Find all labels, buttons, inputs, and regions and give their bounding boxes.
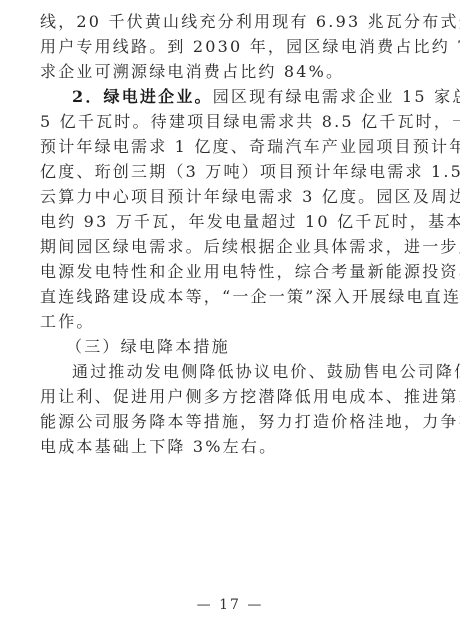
text-line: 预计年绿电需求 1 亿度、奇瑞汽车产业园项目预计年绿电需求 3 [40, 137, 420, 157]
text-line: 能源公司服务降本等措施，努力打造价格洼地，力争在现有用 [40, 412, 420, 432]
text-span: 园区现有绿电需求企业 15 家总绿电需求量 [213, 87, 460, 106]
text-line: 5 亿千瓦时。待建项目绿电需求共 8.5 亿千瓦时，一汽超级工厂 [40, 112, 420, 132]
page-number: — 17 — [0, 597, 460, 613]
text-line: 直连线路建设成本等，“一企一策”深入开展绿电直连方案论证 [40, 287, 420, 307]
text-line: 电成本基础上下降 3%左右。 [40, 437, 420, 457]
item-heading: 2．绿电进企业。 [72, 87, 213, 106]
text-line: 线，20 千伏黄山线充分利用现有 6.93 兆瓦分布式光伏构建绿电 [40, 12, 420, 32]
document-page: 线，20 千伏黄山线充分利用现有 6.93 兆瓦分布式光伏构建绿电 用户专用线路… [0, 0, 460, 632]
text-line: 亿度、珩创三期（3 万吨）项目预计年绿电需求 1.5 亿度、阿里 [40, 162, 420, 182]
text-line: 用让利、促进用户侧多方挖潜降低用电成本、推进第三方综合 [40, 387, 420, 407]
text-line: 电约 93 万千瓦，年发电量超过 10 亿千瓦时，基本满足“十五五” [40, 212, 420, 232]
text-line: 电源发电特性和企业用电特性，综合考量新能源投资、储能投资、 [40, 262, 420, 282]
text-line: 求企业可溯源绿电消费占比约 84%。 [40, 62, 420, 82]
text-line: 云算力中心项目预计年绿电需求 3 亿度。园区及周边规划新建绿 [40, 187, 420, 207]
section-heading: （三）绿电降本措施 [66, 337, 414, 357]
text-line: 工作。 [40, 312, 420, 332]
paragraph-2-first-line: 2．绿电进企业。园区现有绿电需求企业 15 家总绿电需求量 [72, 87, 420, 107]
text-line: 用户专用线路。到 2030 年，园区绿电消费占比约 73%，绿电需 [40, 37, 420, 57]
text-line: 通过推动发电侧降低协议电价、鼓励售电公司降低服务费 [72, 362, 420, 382]
text-line: 期间园区绿电需求。后续根据企业具体需求，进一步点对点分析 [40, 237, 420, 257]
